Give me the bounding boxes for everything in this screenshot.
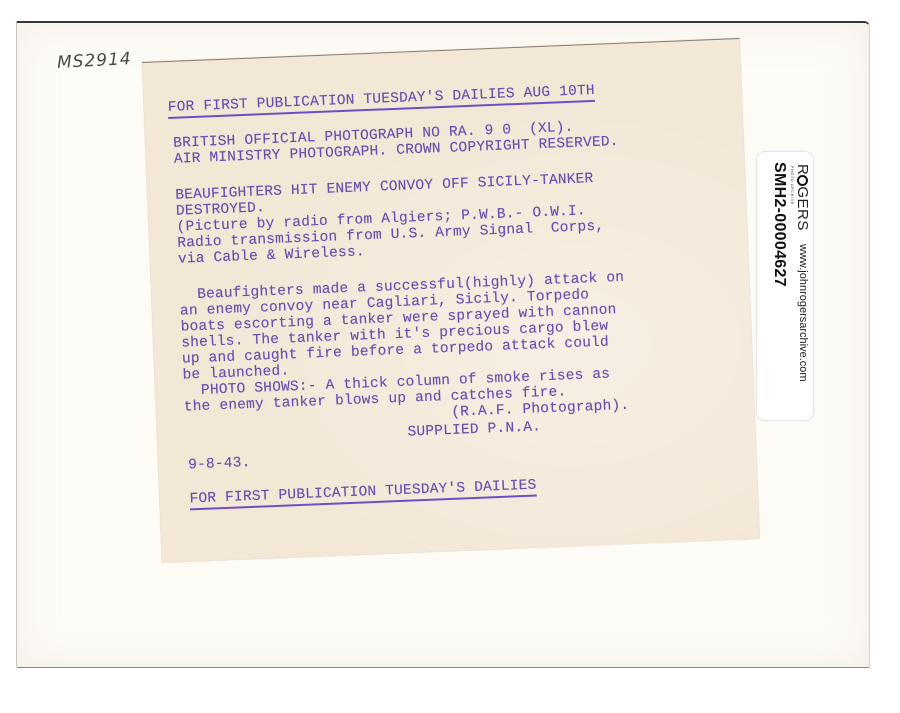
publication-embargo-header: FOR FIRST PUBLICATION TUESDAY'S DAILIES … — [168, 83, 596, 119]
archive-brand-logo: RGERS — [794, 164, 811, 231]
publication-embargo-footer: FOR FIRST PUBLICATION TUESDAY'S DAILIES — [189, 478, 537, 511]
handwritten-catalog-number: MS2914 — [57, 49, 133, 73]
headline-line: BEAUFIGHTERS HIT ENEMY CONVOY OFF SICILY… — [175, 171, 594, 204]
brand-subtitle: PHOTO ARCHIVE — [790, 166, 794, 205]
archive-id: SMH2-00004627 — [770, 162, 788, 287]
caption-date: 9-8-43. — [188, 455, 251, 473]
camera-lens-icon — [797, 175, 808, 186]
archive-label: RGERS PHOTO ARCHIVE SMH2-00004627 www.jo… — [757, 152, 813, 420]
brand-suffix: GERS — [794, 186, 811, 231]
archive-url: www.johnrogersarchive.com — [797, 244, 809, 382]
brand-prefix: R — [794, 164, 811, 175]
press-caption-slip: FOR FIRST PUBLICATION TUESDAY'S DAILIES … — [142, 38, 760, 563]
